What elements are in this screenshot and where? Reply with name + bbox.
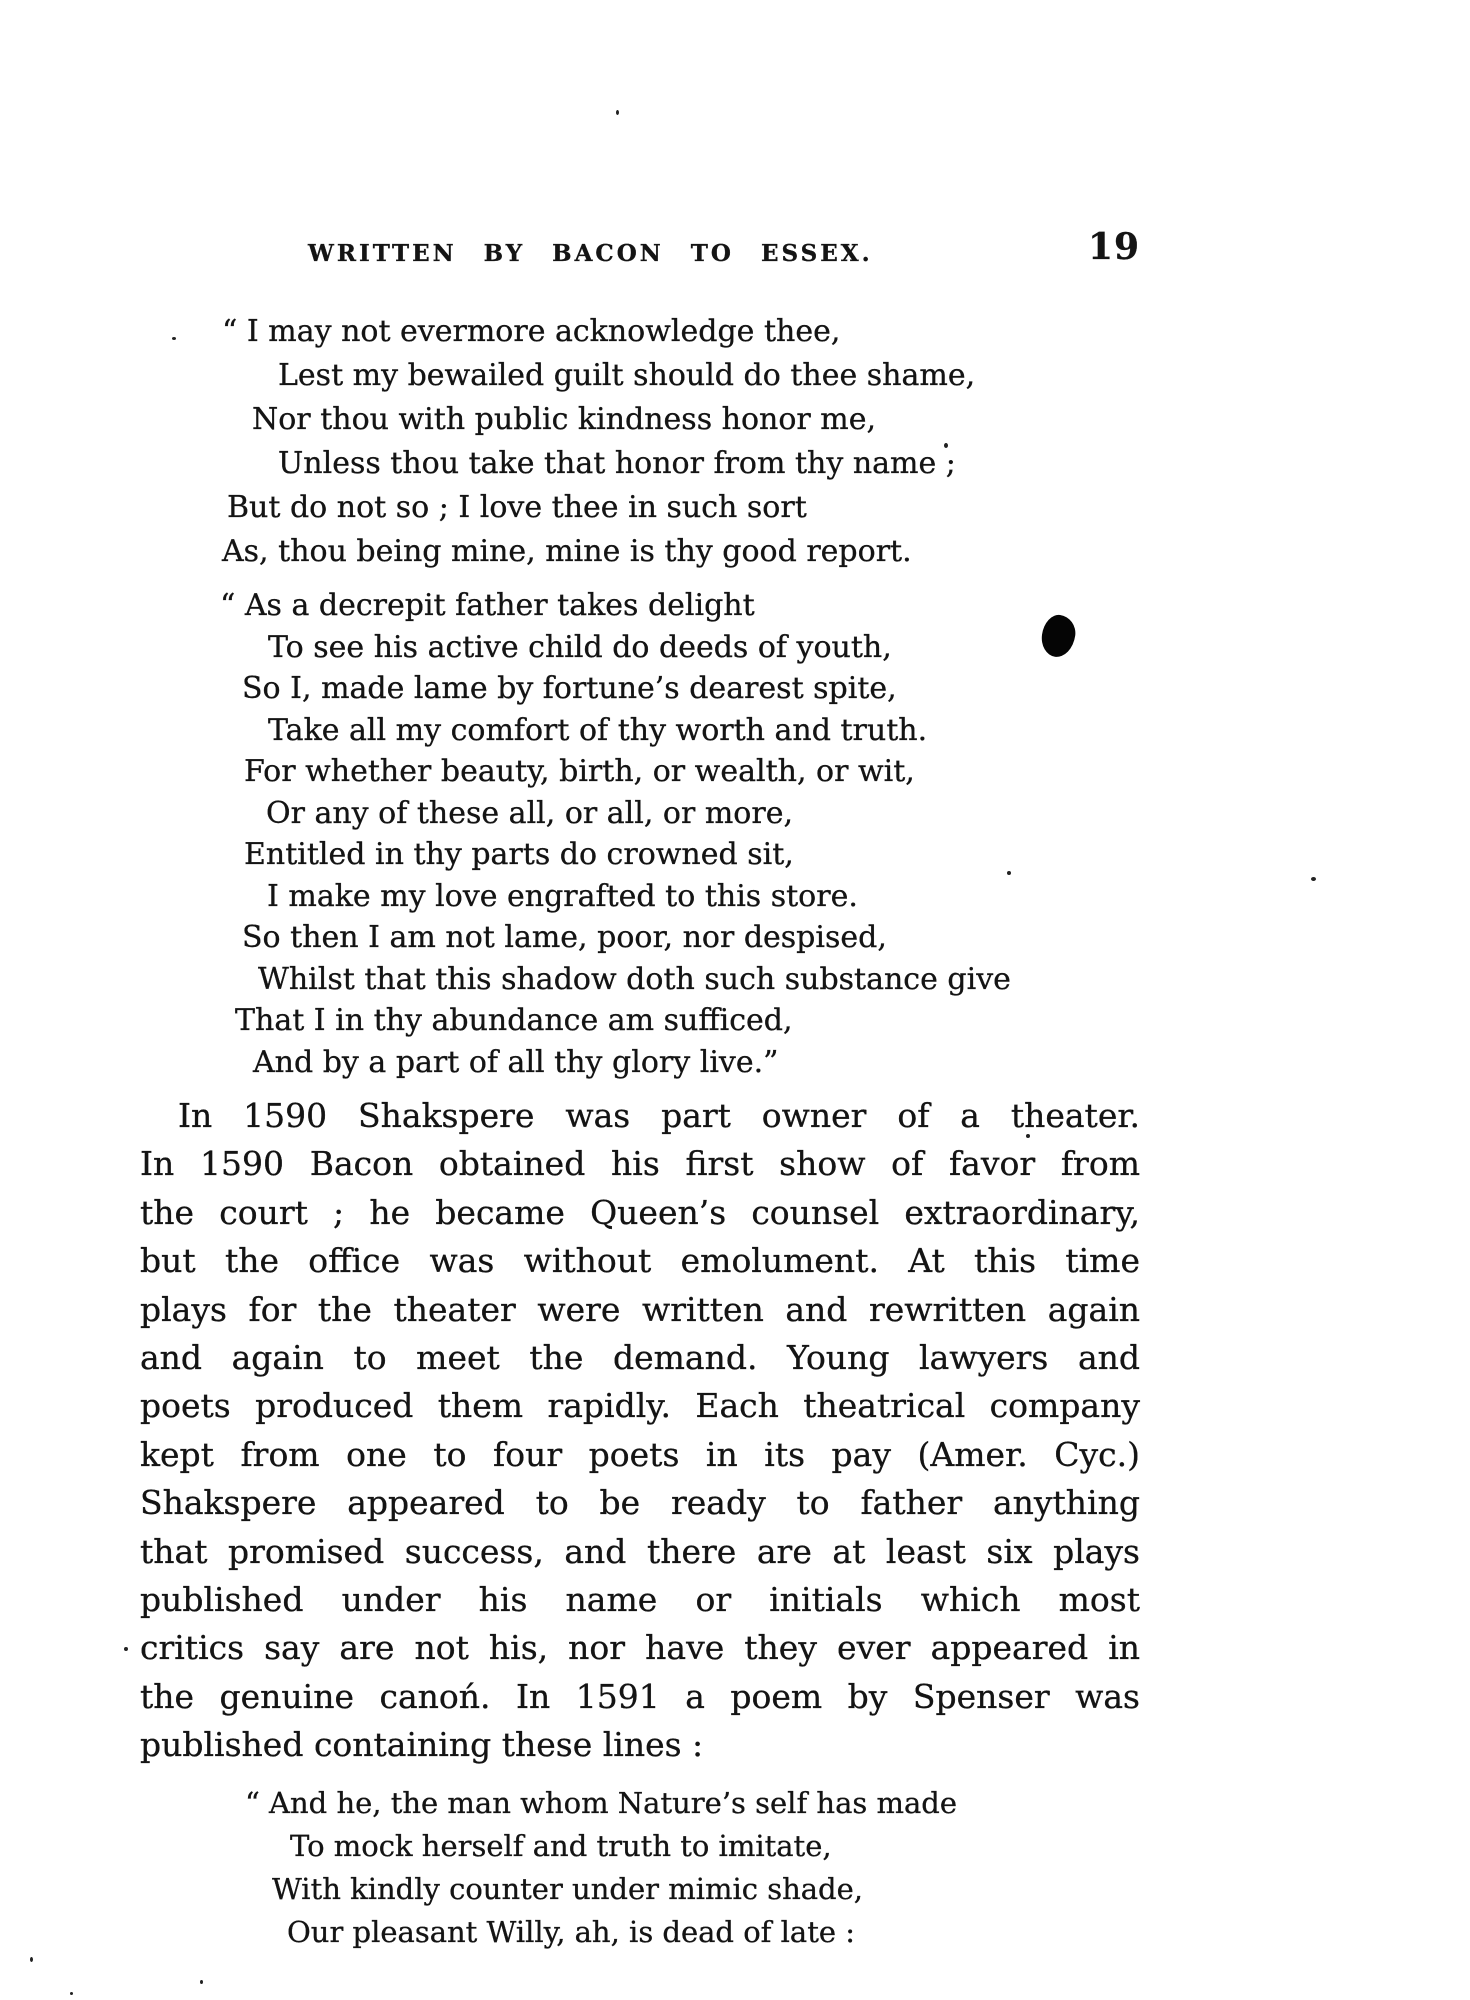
verse-line: So then I am not lame, poor, nor despise… bbox=[242, 917, 1470, 959]
ink-speck bbox=[124, 1647, 128, 1651]
verse-line: “ And he, the man whom Nature’s self has… bbox=[245, 1782, 1470, 1825]
verse-line: So I, made lame by fortune’s dearest spi… bbox=[242, 668, 1470, 710]
paragraph-line: published under his name or initials whi… bbox=[140, 1576, 1140, 1624]
verse-line: And by a part of all thy glory live.” bbox=[253, 1042, 1470, 1084]
paragraph-line: published containing these lines : bbox=[140, 1721, 1140, 1769]
paragraph-line: the court ; he became Queen’s counsel ex… bbox=[140, 1189, 1140, 1237]
ink-speck bbox=[1007, 871, 1011, 875]
book-page: WRITTEN BY BACON TO ESSEX. 19 “ I may no… bbox=[0, 0, 1470, 2000]
paragraph-line: but the office was without emolument. At… bbox=[140, 1237, 1140, 1285]
paragraph-line: that promised success, and there are at … bbox=[140, 1528, 1140, 1576]
paragraph-line: and again to meet the demand. Young lawy… bbox=[140, 1334, 1140, 1382]
verse-line: But do not so ; I love thee in such sort bbox=[227, 486, 1470, 530]
paragraph-line: kept from one to four poets in its pay (… bbox=[140, 1431, 1140, 1479]
paragraph-line: In 1590 Shakspere was part owner of a th… bbox=[140, 1092, 1140, 1140]
verse-line: With kindly counter under mimic shade, bbox=[272, 1868, 1470, 1911]
running-header: WRITTEN BY BACON TO ESSEX. bbox=[308, 240, 873, 267]
paragraph-line: In 1590 Bacon obtained his first show of… bbox=[140, 1140, 1140, 1188]
verse-line: As, thou being mine, mine is thy good re… bbox=[222, 530, 1470, 574]
verse-line: For whether beauty, birth, or wealth, or… bbox=[244, 751, 1470, 793]
verse-line: To mock herself and truth to imitate, bbox=[290, 1825, 1470, 1868]
verse-line: Whilst that this shadow doth such substa… bbox=[258, 959, 1470, 1001]
spenser-quote: “ And he, the man whom Nature’s self has… bbox=[0, 1782, 1470, 1954]
verse-line: I make my love engrafted to this store. bbox=[267, 876, 1470, 918]
verse-line: Take all my comfort of thy worth and tru… bbox=[268, 710, 1470, 752]
ink-speck bbox=[200, 1980, 203, 1984]
verse-line: Nor thou with public kindness honor me, bbox=[252, 398, 1470, 442]
paragraph-line: poets produced them rapidly. Each theatr… bbox=[140, 1382, 1140, 1430]
verse-line: Our pleasant Willy, ah, is dead of late … bbox=[287, 1911, 1470, 1954]
ink-speck bbox=[1311, 877, 1316, 881]
verse-line: That I in thy abundance am sufficed, bbox=[235, 1000, 1470, 1042]
verse-line: “ I may not evermore acknowledge thee, bbox=[222, 310, 1470, 354]
verse-line: Unless thou take that honor from thy nam… bbox=[278, 442, 1470, 486]
paragraph-line: Shakspere appeared to be ready to father… bbox=[140, 1479, 1140, 1527]
paragraph-line: the genuine canoń. In 1591 a poem by Spe… bbox=[140, 1673, 1140, 1721]
verse-line: “ As a decrepit father takes delight bbox=[220, 585, 1470, 627]
ink-speck bbox=[172, 337, 176, 340]
sonnet-excerpt-1: “ I may not evermore acknowledge thee, L… bbox=[0, 310, 1470, 574]
verse-line: Or any of these all, or all, or more, bbox=[266, 793, 1470, 835]
paragraph-line: plays for the theater were written and r… bbox=[140, 1286, 1140, 1334]
verse-line: Entitled in thy parts do crowned sit, bbox=[244, 834, 1470, 876]
verse-line: To see his active child do deeds of yout… bbox=[268, 627, 1470, 669]
ink-speck bbox=[70, 1992, 73, 1995]
ink-speck bbox=[30, 1957, 33, 1962]
ink-speck bbox=[616, 110, 619, 115]
page-number: 19 bbox=[1088, 226, 1140, 268]
ink-speck bbox=[1026, 1134, 1030, 1138]
body-paragraph: In 1590 Shakspere was part owner of a th… bbox=[140, 1092, 1140, 1770]
sonnet-excerpt-2: “ As a decrepit father takes delight To … bbox=[0, 585, 1470, 1083]
verse-line: Lest my bewailed guilt should do thee sh… bbox=[278, 354, 1470, 398]
paragraph-line: critics say are not his, nor have they e… bbox=[140, 1624, 1140, 1672]
ink-speck bbox=[944, 443, 948, 448]
